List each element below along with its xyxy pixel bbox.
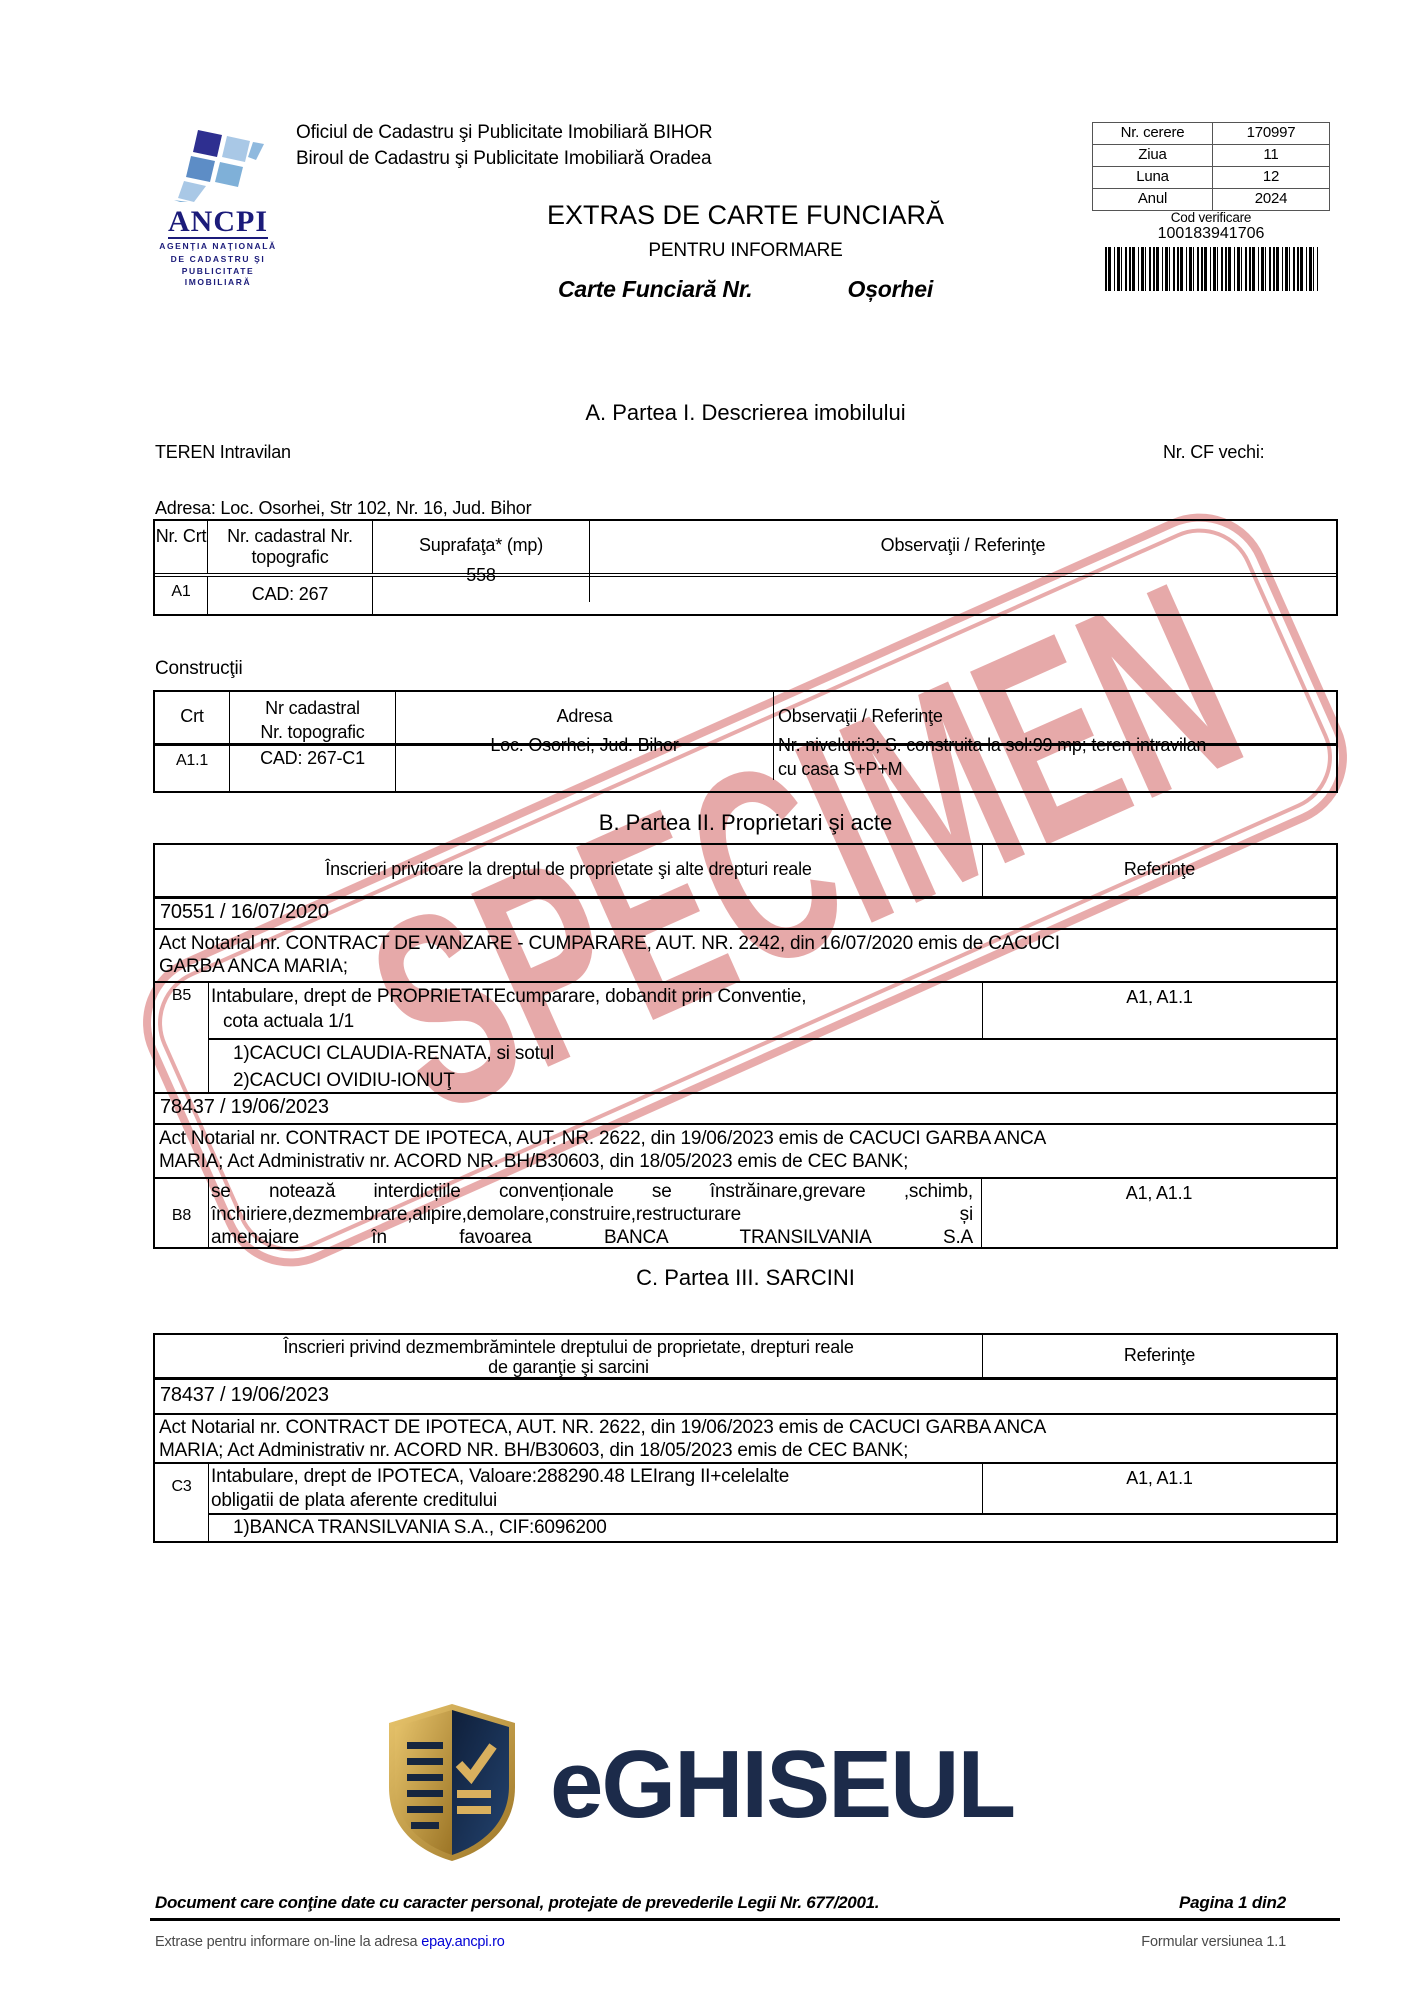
office-header: Oficiul de Cadastru şi Publicitate Imobi… <box>296 120 712 172</box>
entry-main: Intabulare, drept de IPOTECA, Valoare:28… <box>209 1464 1336 1515</box>
entry-ref: A1, A1.1 <box>983 1464 1336 1513</box>
col-header-crt: Crt <box>155 692 230 743</box>
entry-line: închiriere,dezmembrare,alipire,demolare,… <box>211 1203 981 1226</box>
entry-line: Intabulare, drept de PROPRIETATEcumparar… <box>211 984 982 1009</box>
online-info: Extrase pentru informare on-line la adre… <box>155 1934 505 1950</box>
online-info-text: Extrase pentru informare on-line la adre… <box>155 1934 421 1950</box>
header-line: de garanţie şi sarcini <box>155 1357 982 1377</box>
col-header-inscrieri: Înscrieri privind dezmembrămintele drept… <box>155 1335 983 1377</box>
act-row: Act Notarial nr. CONTRACT DE VANZARE - C… <box>155 930 1336 983</box>
col-header-cadastral: Nr. cadastral Nr. topografic <box>208 521 373 573</box>
entry-code: B8 <box>155 1179 209 1249</box>
entry-line: cota actuala 1/1 <box>211 1009 982 1034</box>
address-line: Adresa: Loc. Osorhei, Str 102, Nr. 16, J… <box>155 498 531 519</box>
col-header-referinte: Referinţe <box>983 845 1336 896</box>
col-header-cadastral: Nr cadastral Nr. topografic <box>230 692 396 743</box>
creditor-item: 1)BANCA TRANSILVANIA S.A., CIF:6096200 <box>209 1515 1336 1541</box>
parcel-observatii <box>590 577 1336 614</box>
header-line: Înscrieri privind dezmembrămintele drept… <box>155 1337 982 1357</box>
request-value: 11 <box>1213 145 1329 166</box>
entry-row-c3: C3 Intabulare, drept de IPOTECA, Valoare… <box>155 1464 1336 1541</box>
cf-locality: Oșorhei <box>848 276 934 302</box>
request-value: 12 <box>1213 167 1329 188</box>
act-line: MARIA; Act Administrativ nr. ACORD NR. B… <box>155 1439 1336 1462</box>
entry-ref: A1, A1.1 <box>983 983 1336 1038</box>
request-label: Luna <box>1093 167 1213 188</box>
table-row: A1 CAD: 267 558 <box>155 577 1336 614</box>
cf-vechi-label: Nr. CF vechi: <box>1163 442 1264 463</box>
header-line: Nr. topografic <box>230 722 395 743</box>
entry-main: Intabulare, drept de PROPRIETATEcumparar… <box>209 983 1336 1040</box>
obs-line: Nr. niveluri:3; S. construita la sol:99 … <box>778 735 1336 756</box>
act-line: Act Notarial nr. CONTRACT DE VANZARE - C… <box>155 932 1336 955</box>
entry-line: se notează interdicțiile convenționale s… <box>211 1180 981 1203</box>
sarcini-table: Înscrieri privind dezmembrămintele drept… <box>153 1333 1338 1543</box>
epay-link[interactable]: epay.ancpi.ro <box>421 1934 504 1950</box>
header-line: Nr cadastral <box>230 692 395 719</box>
table-header-row: Înscrieri privind dezmembrămintele drept… <box>155 1335 1336 1380</box>
office-line-1: Oficiul de Cadastru şi Publicitate Imobi… <box>296 120 712 146</box>
parcel-table: Nr. Crt Nr. cadastral Nr. topografic Sup… <box>153 519 1338 616</box>
constructii-table: Crt Nr cadastral Nr. topografic Adresa O… <box>153 690 1338 793</box>
owner-item: 1)CACUCI CLAUDIA-RENATA, si sotul <box>209 1040 1336 1067</box>
section-a-title: A. Partea I. Descrierea imobilului <box>153 400 1338 426</box>
col-header-referinte: Referinţe <box>983 1335 1336 1377</box>
table-row: Luna 12 <box>1093 166 1329 188</box>
doc-number-row: 78437 / 19/06/2023 <box>155 1380 1336 1415</box>
parcel-suprafata: 558 <box>373 565 590 602</box>
entry-row-b8: B8 se notează interdicțiile convențional… <box>155 1179 1336 1247</box>
document-page: ANCPI AGENŢIA NAŢIONALĂ DE CADASTRU ŞI P… <box>0 0 1414 2000</box>
entry-text: Intabulare, drept de IPOTECA, Valoare:28… <box>209 1464 983 1513</box>
privacy-notice: Document care conţine date cu caracter p… <box>155 1893 879 1913</box>
office-line-2: Biroul de Cadastru şi Publicitate Imobil… <box>296 146 712 172</box>
land-type: TEREN Intravilan <box>155 442 291 463</box>
table-header-row: Nr. Crt Nr. cadastral Nr. topografic Sup… <box>155 521 1336 577</box>
act-line: MARIA; Act Administrativ nr. ACORD NR. B… <box>155 1150 1336 1173</box>
form-version: Formular versiunea 1.1 <box>1100 1934 1286 1950</box>
constructie-cadastral: CAD: 267-C1 <box>230 746 396 791</box>
constructii-label: Construcţii <box>155 658 243 680</box>
entry-code: C3 <box>155 1464 209 1541</box>
act-row: Act Notarial nr. CONTRACT DE IPOTECA, AU… <box>155 1125 1336 1179</box>
act-row: Act Notarial nr. CONTRACT DE IPOTECA, AU… <box>155 1415 1336 1464</box>
entry-code: B5 <box>155 983 209 1092</box>
constructie-crt: A1.1 <box>155 746 230 791</box>
parcel-cadastral: CAD: 267 <box>208 577 373 614</box>
section-b-title: B. Partea II. Proprietari şi acte <box>153 810 1338 836</box>
eghiseul-wordmark: eGHISEUL <box>550 1705 1014 1865</box>
proprietari-table: Înscrieri privitoare la dreptul de propr… <box>153 843 1338 1249</box>
entry-text: Intabulare, drept de PROPRIETATEcumparar… <box>209 983 983 1038</box>
constructie-observatii: Nr. niveluri:3; S. construita la sol:99 … <box>774 746 1336 791</box>
request-value: 170997 <box>1213 123 1329 144</box>
request-info-table: Nr. cerere 170997 Ziua 11 Luna 12 Anul 2… <box>1092 122 1330 211</box>
entry-ref: A1, A1.1 <box>982 1179 1336 1249</box>
page-subtitle: PENTRU INFORMARE <box>153 240 1338 262</box>
eghiseul-shield-icon <box>385 1702 520 1867</box>
constructie-adresa: Loc. Osorhei, Jud. Bihor <box>396 735 774 780</box>
carte-funciara-line: Carte Funciară Nr.Oșorhei <box>153 276 1338 303</box>
parcel-crt: A1 <box>155 577 208 614</box>
entry-line: Intabulare, drept de IPOTECA, Valoare:28… <box>211 1465 982 1489</box>
request-label: Ziua <box>1093 145 1213 166</box>
request-label: Nr. cerere <box>1093 123 1213 144</box>
entry-text: se notează interdicțiile convenționale s… <box>209 1179 982 1249</box>
page-title: EXTRAS DE CARTE FUNCIARĂ <box>153 200 1338 231</box>
owner-item: 2)CACUCI OVIDIU-IONUŢ <box>209 1067 1336 1092</box>
entry-line: amenajare în favoarea BANCA TRANSILVANIA… <box>211 1226 981 1249</box>
table-row: Nr. cerere 170997 <box>1093 123 1329 144</box>
section-c-title: C. Partea III. SARCINI <box>153 1265 1338 1291</box>
eghiseul-logo: eGHISEUL <box>385 1702 1014 1867</box>
act-line: Act Notarial nr. CONTRACT DE IPOTECA, AU… <box>155 1416 1336 1439</box>
obs-line: cu casa S+P+M <box>778 759 1336 780</box>
col-header-observatii: Observaţii / Referinţe <box>590 521 1336 573</box>
page-indicator: Pagina 1 din2 <box>1130 1893 1286 1913</box>
entry-line: obligatii de plata aferente creditului <box>211 1489 982 1513</box>
footer-divider <box>150 1918 1340 1921</box>
table-row: Ziua 11 <box>1093 144 1329 166</box>
table-header-row: Înscrieri privitoare la dreptul de propr… <box>155 845 1336 899</box>
doc-number-row: 78437 / 19/06/2023 <box>155 1094 1336 1125</box>
table-row: A1.1 CAD: 267-C1 Loc. Osorhei, Jud. Biho… <box>155 746 1336 791</box>
act-line: Act Notarial nr. CONTRACT DE IPOTECA, AU… <box>155 1127 1336 1150</box>
entry-row-b5: B5 Intabulare, drept de PROPRIETATEcumpa… <box>155 983 1336 1094</box>
col-header-inscrieri: Înscrieri privitoare la dreptul de propr… <box>155 845 983 896</box>
cf-number-label: Carte Funciară Nr. <box>558 276 753 302</box>
doc-number-row: 70551 / 16/07/2020 <box>155 899 1336 930</box>
act-line: GARBA ANCA MARIA; <box>155 955 1336 978</box>
col-header-nr-crt: Nr. Crt <box>155 521 208 573</box>
